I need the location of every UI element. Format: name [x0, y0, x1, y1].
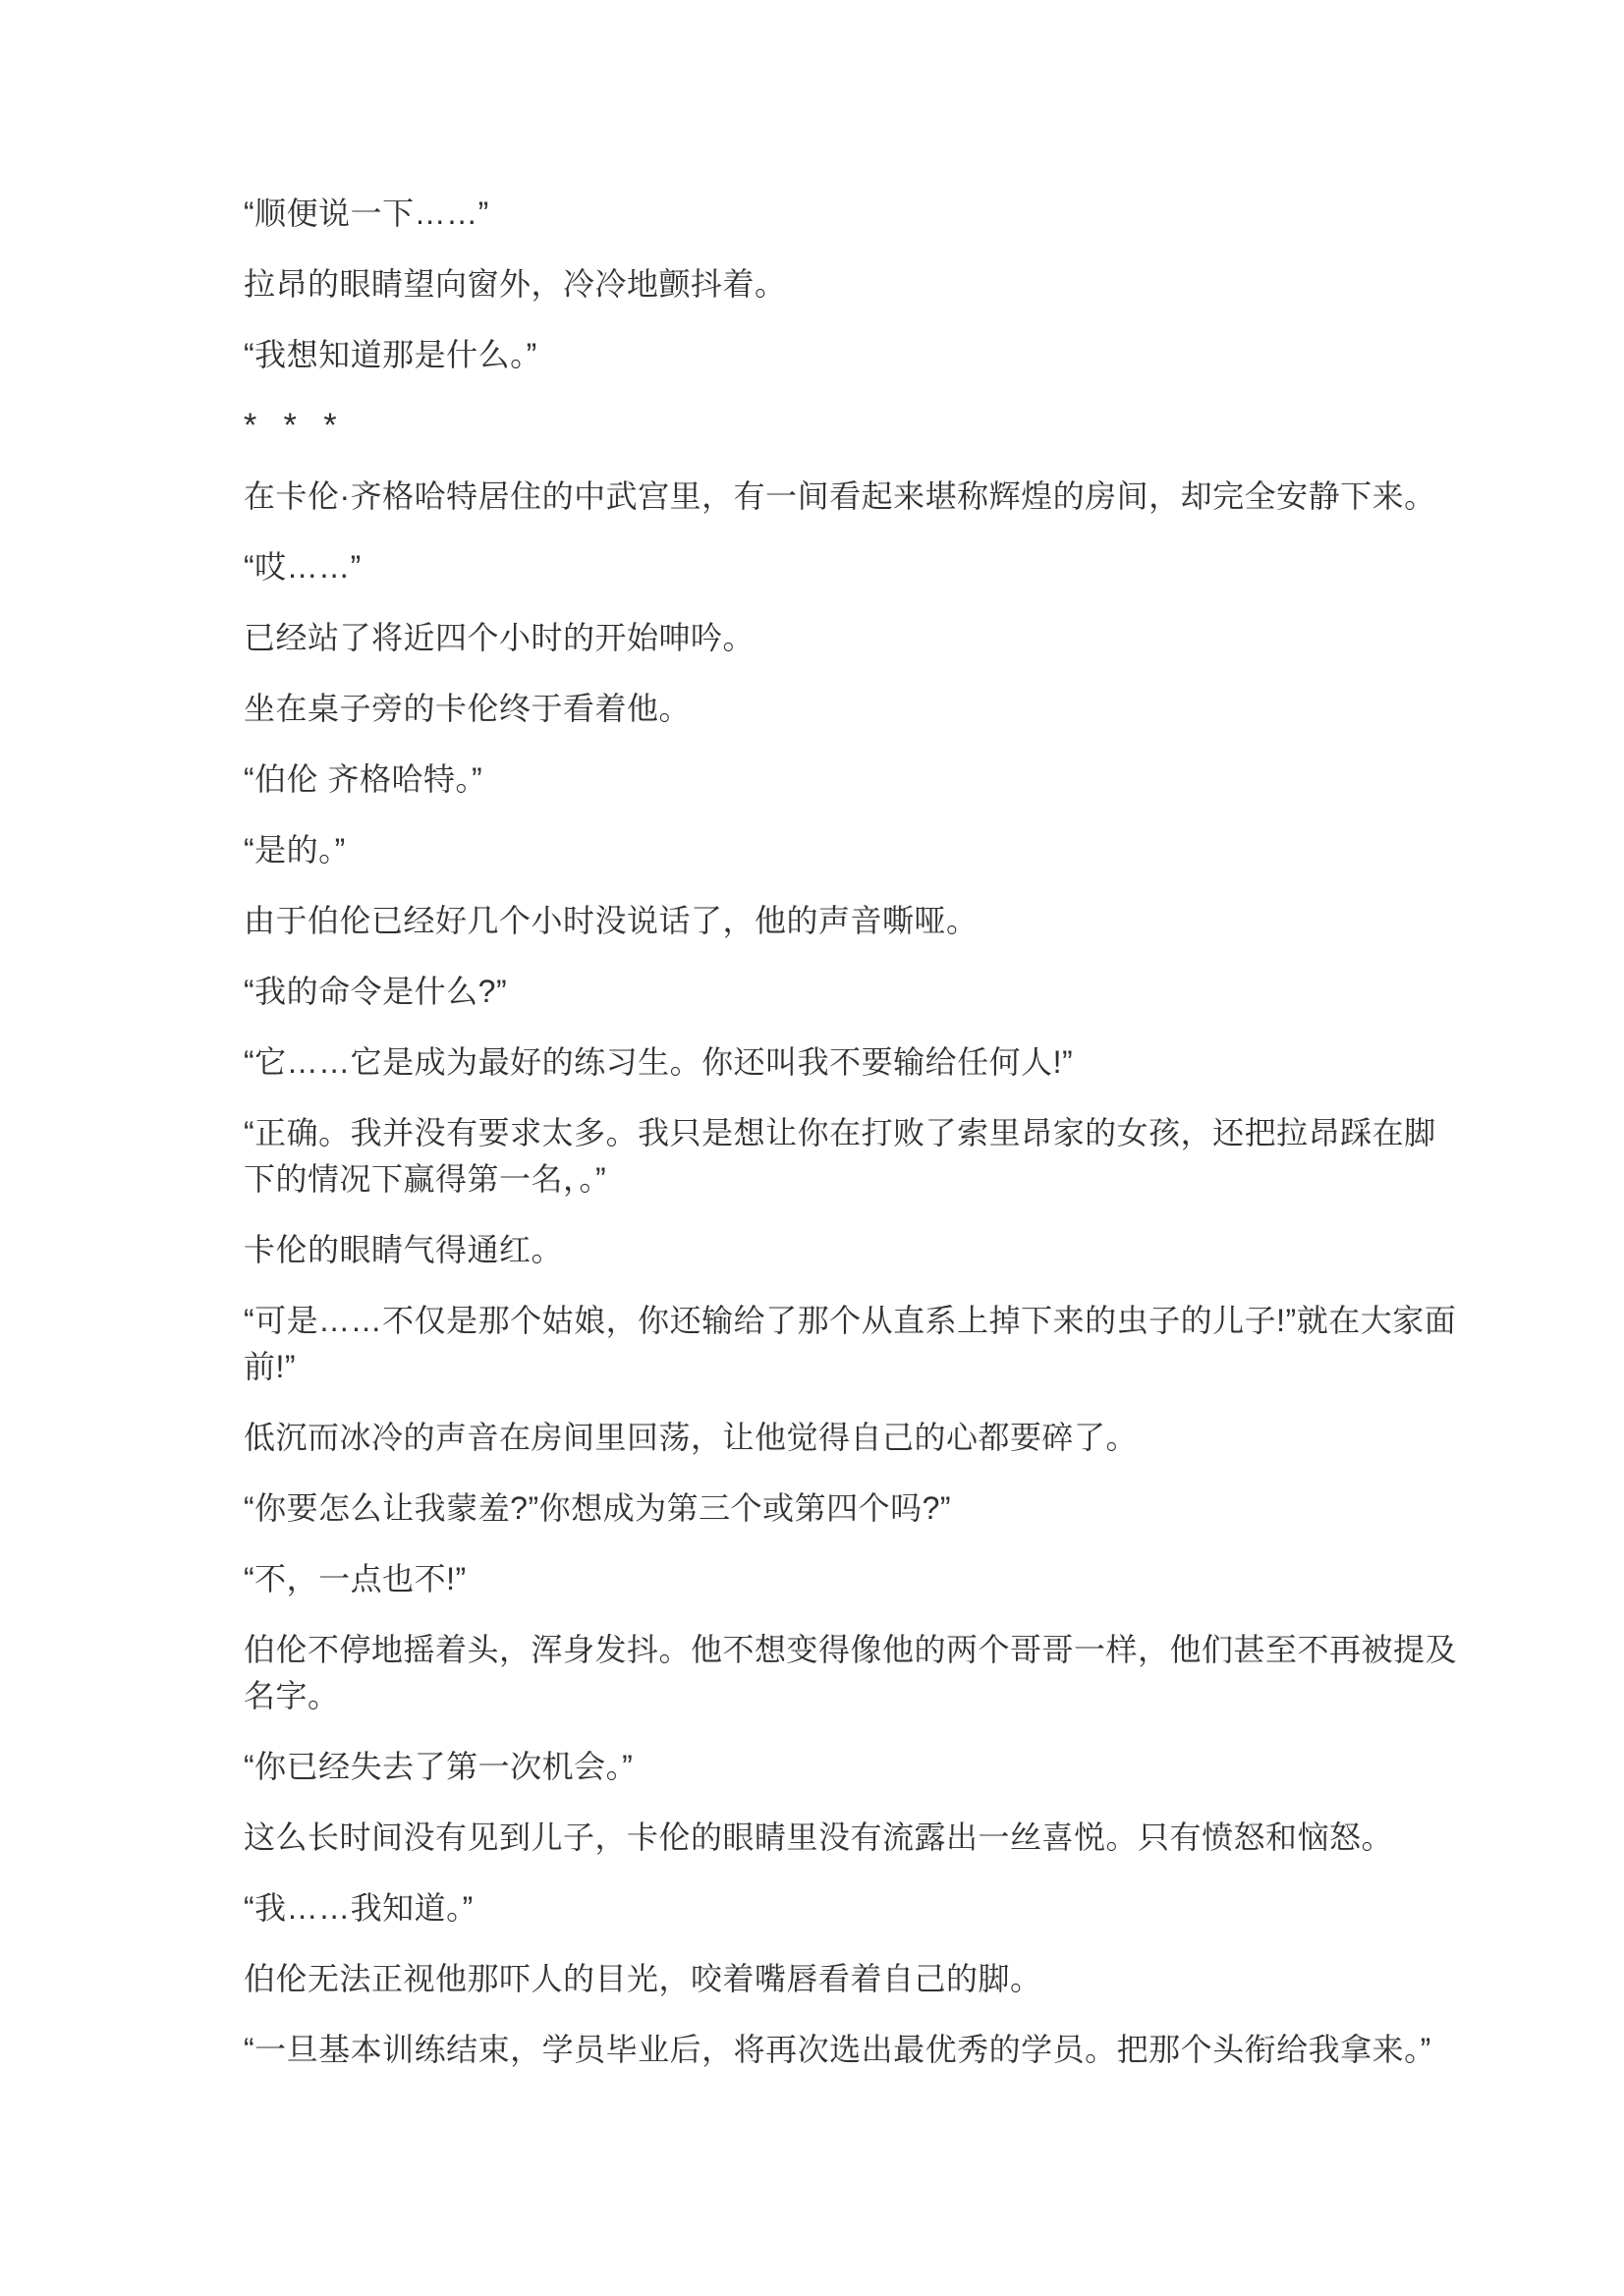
paragraph: 卡伦的眼睛气得通红。 — [244, 1227, 1383, 1273]
paragraph: 拉昂的眼睛望向窗外，冷冷地颤抖着。 — [244, 261, 1383, 308]
paragraph: “你已经失去了第一次机会。” — [244, 1744, 1383, 1790]
paragraph: “哎……” — [244, 544, 1383, 590]
paragraph: “我……我知道。” — [244, 1885, 1383, 1932]
paragraph: “我的命令是什么?” — [244, 969, 1383, 1015]
paragraph: 已经站了将近四个小时的开始呻吟。 — [244, 615, 1383, 661]
document-page: “顺便说一下……” 拉昂的眼睛望向窗外，冷冷地颤抖着。 “我想知道那是什么。” … — [0, 0, 1624, 2296]
paragraph: 坐在桌子旁的卡伦终于看着他。 — [244, 686, 1383, 732]
paragraph: “可是……不仅是那个姑娘，你还输给了那个从直系上掉下来的虫子的儿子!”就在大家面… — [244, 1298, 1383, 1390]
paragraph: 由于伯伦已经好几个小时没说话了，他的声音嘶哑。 — [244, 898, 1383, 944]
paragraph: “是的。” — [244, 827, 1383, 873]
paragraph: “伯伦 齐格哈特。” — [244, 756, 1383, 803]
paragraph: 伯伦无法正视他那吓人的目光，咬着嘴唇看着自己的脚。 — [244, 1956, 1383, 2002]
paragraph: “正确。我并没有要求太多。我只是想让你在打败了索里昂家的女孩，还把拉昂踩在脚 下… — [244, 1110, 1383, 1203]
paragraph: “我想知道那是什么。” — [244, 332, 1383, 378]
text-content-column: “顺便说一下……” 拉昂的眼睛望向窗外，冷冷地颤抖着。 “我想知道那是什么。” … — [244, 191, 1383, 2098]
paragraph: 伯伦不停地摇着头，浑身发抖。他不想变得像他的两个哥哥一样，他们甚至不再被提及 名… — [244, 1627, 1383, 1719]
paragraph: “你要怎么让我蒙羞?”你想成为第三个或第四个吗?” — [244, 1485, 1383, 1532]
scene-separator: * * * — [244, 403, 1383, 449]
paragraph: “它……它是成为最好的练习生。你还叫我不要输给任何人!” — [244, 1039, 1383, 1086]
paragraph: 在卡伦·齐格哈特居住的中武宫里，有一间看起来堪称辉煌的房间，却完全安静下来。 — [244, 474, 1383, 520]
paragraph: “顺便说一下……” — [244, 191, 1383, 237]
paragraph: “一旦基本训练结束，学员毕业后，将再次选出最优秀的学员。把那个头衔给我拿来。” — [244, 2027, 1383, 2073]
paragraph: “不，一点也不!” — [244, 1556, 1383, 1602]
paragraph: 低沉而冰冷的声音在房间里回荡，让他觉得自己的心都要碎了。 — [244, 1415, 1383, 1461]
paragraph: 这么长时间没有见到儿子，卡伦的眼睛里没有流露出一丝喜悦。只有愤怒和恼怒。 — [244, 1815, 1383, 1861]
